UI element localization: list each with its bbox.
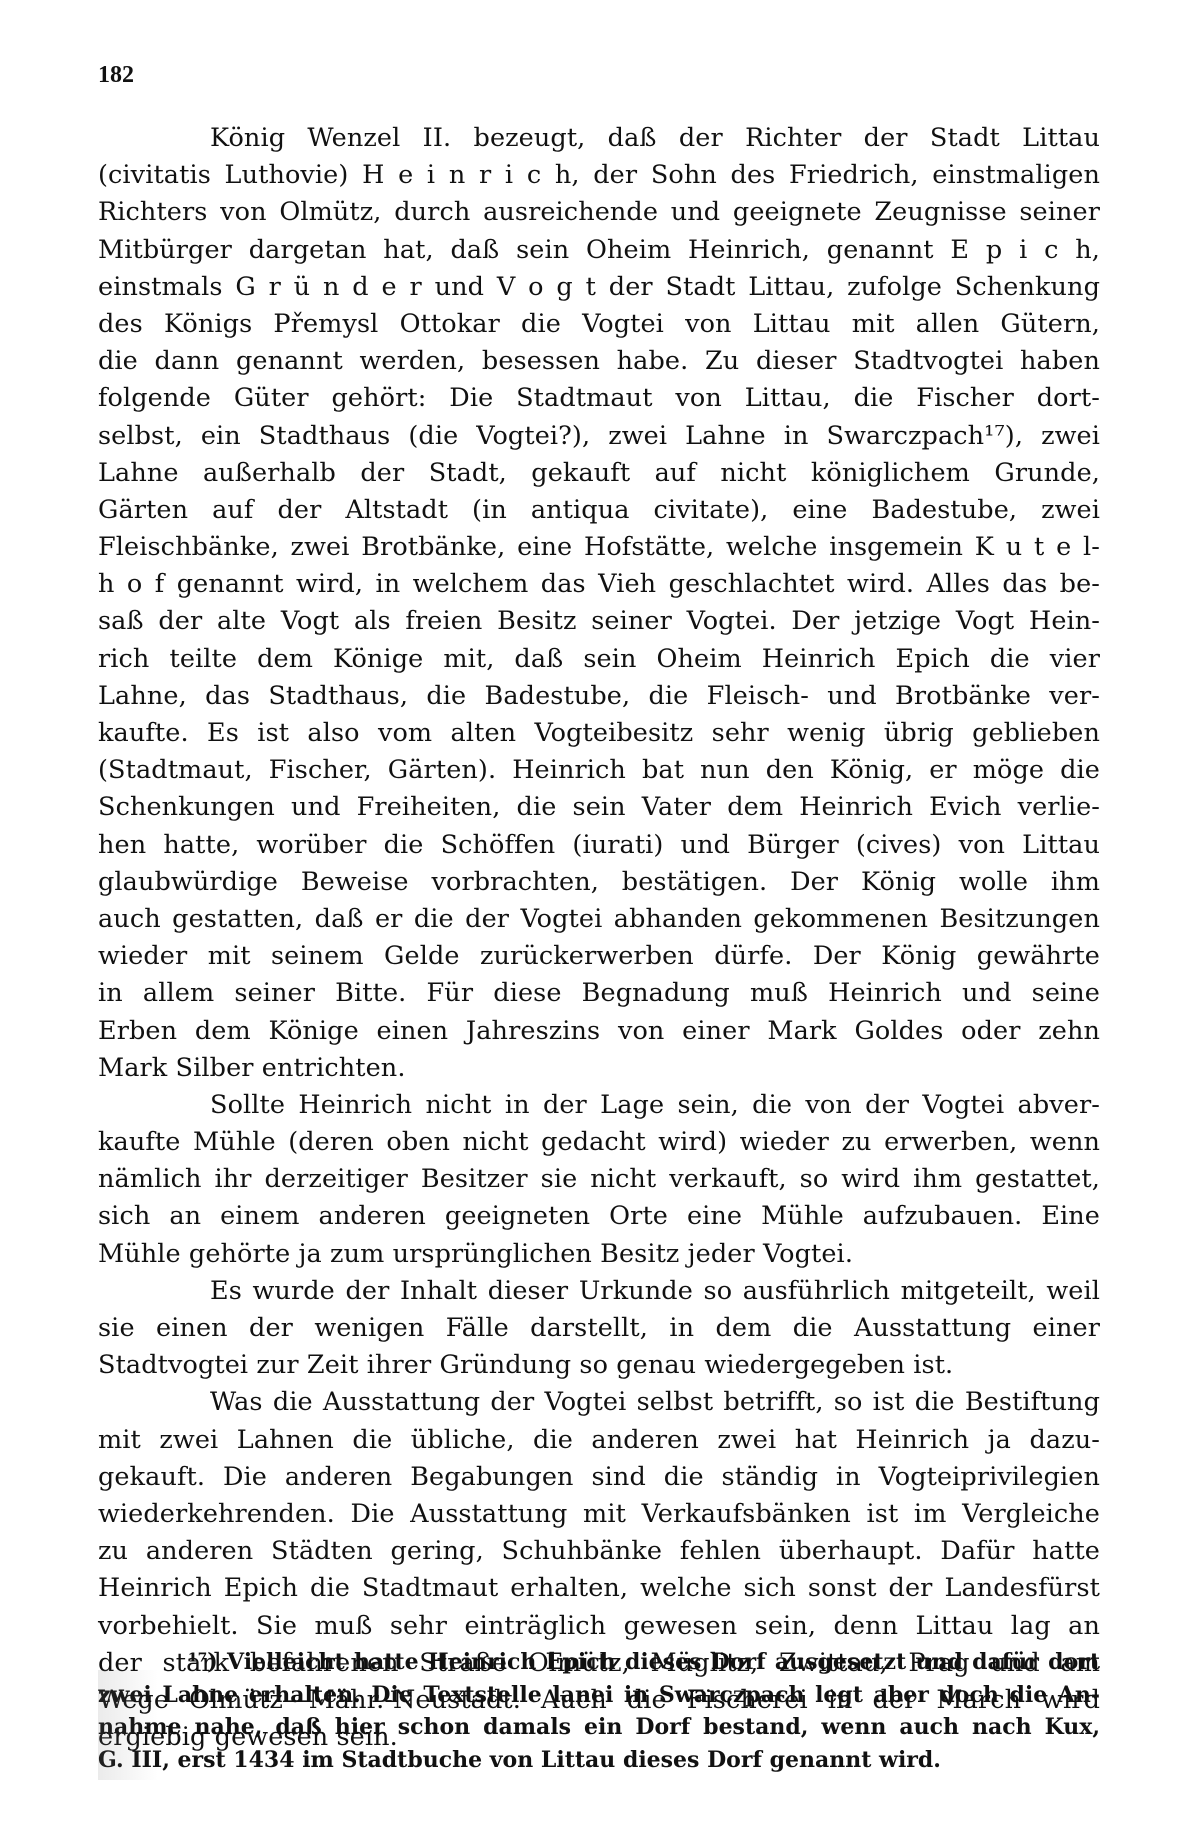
text-line: kaufte. Es ist also vom alten Vogteibesi… <box>98 715 1100 752</box>
text-line: sich an einem anderen geeigneten Orte ei… <box>98 1198 1100 1235</box>
text-line: wieder mit seinem Gelde zurückerwerben d… <box>98 938 1100 975</box>
text-line: glaubwürdige Beweise vorbrachten, bestät… <box>98 864 1100 901</box>
text-line: Lahne, das Stadthaus, die Badestube, die… <box>98 678 1100 715</box>
text-line: in allem seiner Bitte. Für diese Begnadu… <box>98 975 1100 1012</box>
text-line: Mühle gehörte ja zum ursprünglichen Besi… <box>98 1236 1100 1273</box>
text-line: Lahne außerhalb der Stadt, gekauft auf n… <box>98 455 1100 492</box>
footnote-line: zwei Lahne erhalten. Die Textstelle lane… <box>98 1679 1100 1712</box>
body-text: König Wenzel II. bezeugt, daß der Richte… <box>98 120 1100 1756</box>
footnote-line: G. III, erst 1434 im Stadtbuche von Litt… <box>98 1744 1100 1777</box>
footnote-line: ¹⁷) Vielleicht hatte Heinrich Epich dies… <box>98 1646 1100 1679</box>
text-line: nämlich ihr derzeitiger Besitzer sie nic… <box>98 1161 1100 1198</box>
scanned-book-page: 182 König Wenzel II. bezeugt, daß der Ri… <box>0 0 1200 1829</box>
text-line: Schenkungen und Freiheiten, die sein Vat… <box>98 789 1100 826</box>
text-line: mit zwei Lahnen die übliche, die anderen… <box>98 1422 1100 1459</box>
page-number: 182 <box>98 62 134 89</box>
text-line: (civitatis Luthovie) H e i n r i c h, de… <box>98 157 1100 194</box>
text-line: Stadtvogtei zur Zeit ihrer Gründung so g… <box>98 1347 1100 1384</box>
text-line: Mark Silber entrichten. <box>98 1050 1100 1087</box>
text-line: auch gestatten, daß er die der Vogtei ab… <box>98 901 1100 938</box>
text-line: Mitbürger dargetan hat, daß sein Oheim H… <box>98 232 1100 269</box>
text-line: hen hatte, worüber die Schöffen (iurati)… <box>98 827 1100 864</box>
text-line: König Wenzel II. bezeugt, daß der Richte… <box>98 120 1100 157</box>
text-line: Fleischbänke, zwei Brotbänke, eine Hofst… <box>98 529 1100 566</box>
text-line: vorbehielt. Sie muß sehr einträglich gew… <box>98 1608 1100 1645</box>
text-line: des Königs Přemysl Ottokar die Vogtei vo… <box>98 306 1100 343</box>
text-line: gekauft. Die anderen Begabungen sind die… <box>98 1459 1100 1496</box>
text-line: zu anderen Städten gering, Schuhbänke fe… <box>98 1533 1100 1570</box>
text-line: (Stadtmaut, Fischer, Gärten). Heinrich b… <box>98 752 1100 789</box>
text-line: kaufte Mühle (deren oben nicht gedacht w… <box>98 1124 1100 1161</box>
footnote-line: nahme nahe, daß hier schon damals ein Do… <box>98 1711 1100 1744</box>
text-line: Es wurde der Inhalt dieser Urkunde so au… <box>98 1273 1100 1310</box>
text-line: Was die Ausstattung der Vogtei selbst be… <box>98 1384 1100 1421</box>
text-line: einstmals G r ü n d e r und V o g t der … <box>98 269 1100 306</box>
footnotes: ¹⁷) Vielleicht hatte Heinrich Epich dies… <box>98 1646 1100 1776</box>
text-line: wiederkehrenden. Die Ausstattung mit Ver… <box>98 1496 1100 1533</box>
text-line: Gärten auf der Altstadt (in antiqua civi… <box>98 492 1100 529</box>
text-line: folgende Güter gehört: Die Stadtmaut von… <box>98 380 1100 417</box>
text-line: h o f genannt wird, in welchem das Vieh … <box>98 566 1100 603</box>
text-line: Richters von Olmütz, durch ausreichende … <box>98 194 1100 231</box>
text-line: Erben dem Könige einen Jahreszins von ei… <box>98 1013 1100 1050</box>
text-line: selbst, ein Stadthaus (die Vogtei?), zwe… <box>98 418 1100 455</box>
text-line: die dann genannt werden, besessen habe. … <box>98 343 1100 380</box>
text-line: Sollte Heinrich nicht in der Lage sein, … <box>98 1087 1100 1124</box>
text-line: saß der alte Vogt als freien Besitz sein… <box>98 603 1100 640</box>
text-line: rich teilte dem Könige mit, daß sein Ohe… <box>98 641 1100 678</box>
text-line: sie einen der wenigen Fälle darstellt, i… <box>98 1310 1100 1347</box>
text-line: Heinrich Epich die Stadtmaut erhalten, w… <box>98 1570 1100 1607</box>
